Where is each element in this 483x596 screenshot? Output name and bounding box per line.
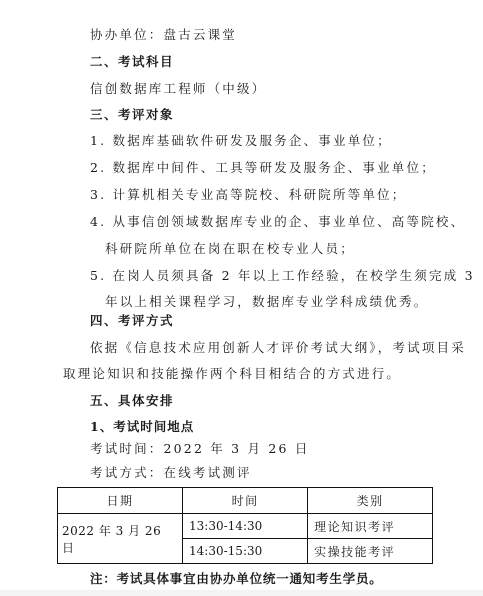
assessment-para-line2: 取理论知识和技能操作两个科目相结合的方式进行。	[63, 366, 401, 382]
subheading-time-location: 1、考试时间地点	[90, 419, 194, 435]
cell-time: 13:30-14:30	[183, 514, 308, 539]
cell-date: 2022 年 3 月 26 日	[58, 514, 183, 564]
exam-mode-line: 考试方式：在线考试测评	[90, 465, 252, 481]
candidate-item-3: 3. 计算机相关专业高等院校、科研院所等单位；	[90, 187, 407, 203]
section-heading-exam-subject: 二、考试科目	[90, 54, 174, 70]
candidate-item-4: 4. 从事信创领域数据库专业的企、事业单位、高等院校、	[90, 214, 465, 230]
note-text: 注：考试具体事宜由协办单位统一通知考生学员。	[90, 571, 383, 587]
candidate-item-5-cont: 年以上相关课程学习，数据库专业学科成绩优秀。	[105, 294, 428, 310]
cell-category: 实操技能考评	[308, 539, 433, 564]
co-organizer-line: 协办单位：盘古云课堂	[90, 27, 237, 43]
table-header-row: 日期 时间 类别	[58, 488, 433, 514]
section-heading-arrangements: 五、具体安排	[90, 393, 174, 409]
candidate-item-1: 1. 数据库基础软件研发及服务企、事业单位；	[90, 133, 392, 149]
page-bottom-margin	[0, 590, 483, 596]
schedule-table: 日期 时间 类别 2022 年 3 月 26 日 13:30-14:30 理论知…	[57, 487, 433, 564]
assessment-para-line1: 依据《信息技术应用创新人才评价考试大纲》，考试项目采	[90, 340, 466, 356]
header-date: 日期	[58, 488, 183, 514]
table-row: 2022 年 3 月 26 日 13:30-14:30 理论知识考评	[58, 514, 433, 539]
section-heading-assessment-method: 四、考评方式	[90, 313, 174, 329]
section-heading-eligible-candidates: 三、考评对象	[90, 107, 174, 123]
document-page: 协办单位：盘古云课堂 二、考试科目 信创数据库工程师（中级） 三、考评对象 1.…	[0, 0, 483, 590]
header-time: 时间	[183, 488, 308, 514]
cell-time: 14:30-15:30	[183, 539, 308, 564]
candidate-item-5: 5. 在岗人员须具备 2 年以上工作经验，在校学生须完成 3	[90, 268, 475, 284]
header-category: 类别	[308, 488, 433, 514]
exam-time-line: 考试时间：2022 年 3 月 26 日	[90, 441, 310, 457]
cell-category: 理论知识考评	[308, 514, 433, 539]
candidate-item-4-cont: 科研院所单位在岗在职在校专业人员；	[105, 241, 355, 257]
candidate-item-2: 2. 数据库中间件、工具等研发及服务企、事业单位；	[90, 160, 436, 176]
exam-subject-text: 信创数据库工程师（中级）	[90, 81, 266, 97]
